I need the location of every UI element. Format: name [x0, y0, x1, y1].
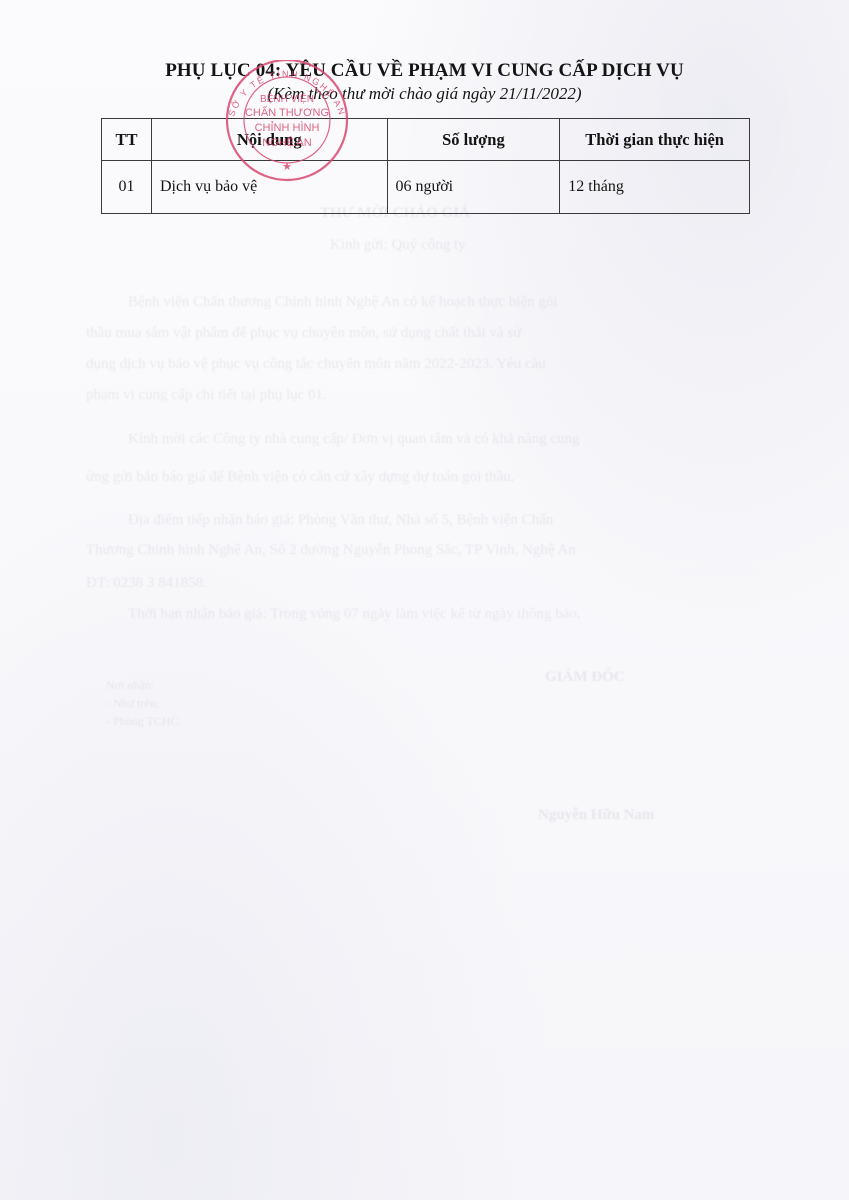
show-through-line: Thời hạn nhận báo giá: Trong vòng 07 ngà…: [128, 599, 581, 630]
cell-tt: 01: [102, 161, 152, 214]
page-title: PHỤ LỤC 04: YÊU CẦU VỀ PHẠM VI CUNG CẤP …: [0, 60, 849, 82]
scope-table: TT Nội dung Số lượng Thời gian thực hiện…: [101, 118, 750, 214]
show-through-line: Bệnh viện Chấn thương Chỉnh hình Nghệ An…: [128, 287, 558, 318]
cell-content: Dịch vụ bảo vệ: [151, 161, 387, 214]
header-tt: TT: [102, 119, 152, 161]
show-through-line: Thương Chỉnh hình Nghệ An, Số 2 đường Ng…: [86, 535, 576, 566]
table-header-row: TT Nội dung Số lượng Thời gian thực hiện: [102, 119, 750, 161]
show-through-signer: Nguyễn Hữu Nam: [538, 800, 655, 831]
show-through-line: Kính mời các Công ty nhà cung cấp/ Đơn v…: [128, 424, 580, 455]
cell-quantity: 06 người: [387, 161, 560, 214]
show-through-recipients: - Như trên;: [106, 694, 159, 712]
show-through-line: Địa điểm tiếp nhận báo giá: Phòng Văn th…: [128, 505, 553, 536]
page-subtitle: (Kèm theo thư mời chào giá ngày 21/11/20…: [0, 84, 849, 104]
show-through-line: ĐT: 0238 3 841858.: [86, 568, 207, 599]
show-through-line: ứng gửi bản báo giá để Bệnh viện có căn …: [86, 462, 514, 493]
header-duration: Thời gian thực hiện: [560, 119, 750, 161]
cell-duration: 12 tháng: [560, 161, 750, 214]
show-through-recipients: Nơi nhận:: [106, 676, 154, 694]
table-row: 01 Dịch vụ bảo vệ 06 người 12 tháng: [102, 161, 750, 214]
header-quantity: Số lượng: [387, 119, 560, 161]
show-through-greeting: Kính gửi: Quý công ty: [330, 230, 466, 261]
show-through-line: phạm vi cung cấp chi tiết tại phụ lục 01…: [86, 380, 327, 411]
show-through-signature-title: GIÁM ĐỐC: [545, 662, 625, 693]
show-through-line: dụng dịch vụ bảo vệ phục vụ công tác chu…: [86, 349, 546, 380]
document-page: THƯ MỜI CHÀO GIÁ Kính gửi: Quý công ty B…: [0, 0, 849, 1200]
show-through-line: thầu mua sắm vật phẩm để phục vụ chuyên …: [86, 318, 521, 349]
show-through-recipients: - Phòng TCHC.: [106, 712, 181, 730]
header-content: Nội dung: [151, 119, 387, 161]
